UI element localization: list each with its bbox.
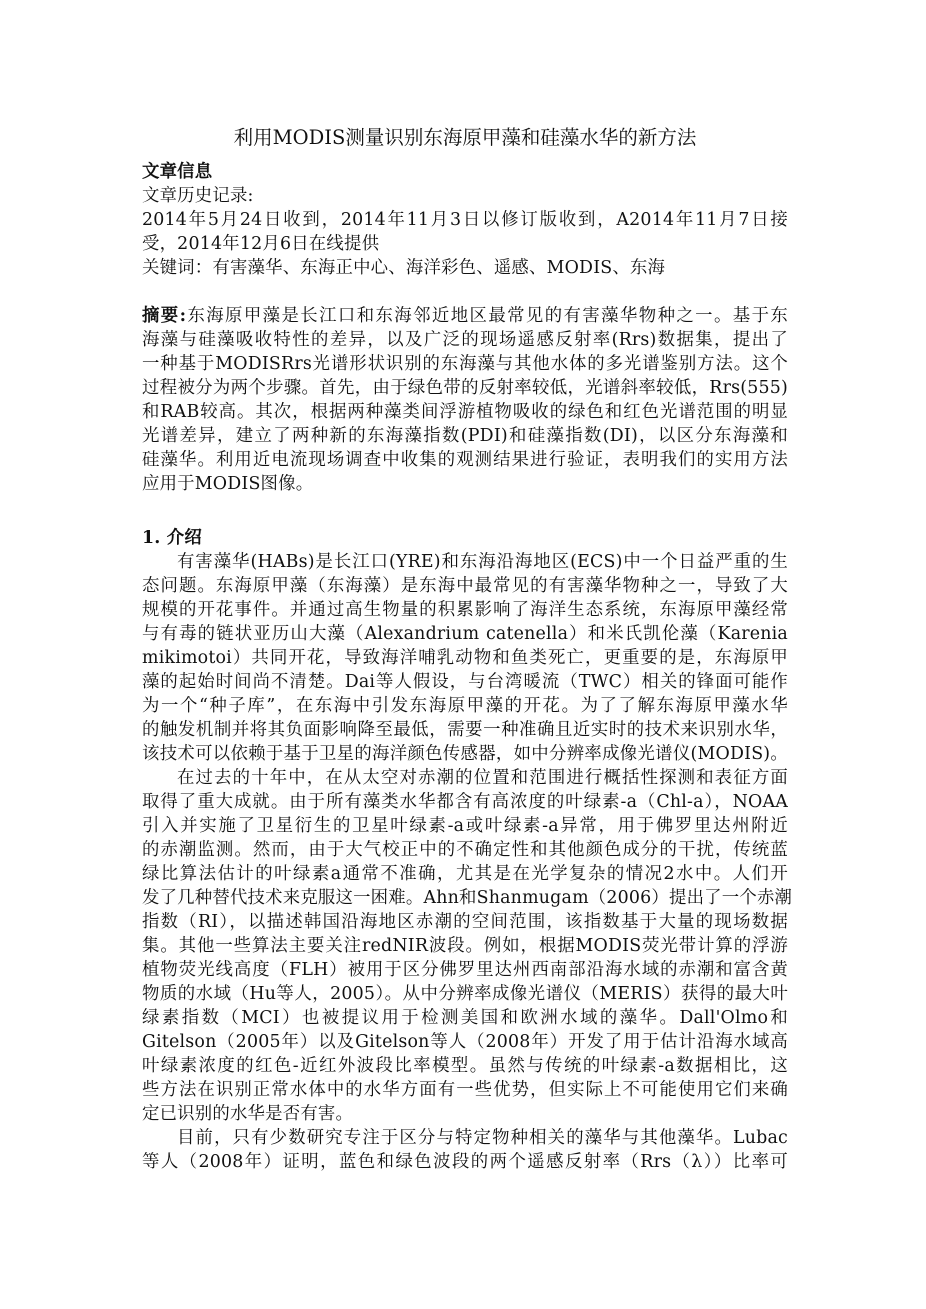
body-line: 叶绿素浓度的红色-近红外波段比率模型。虽然与传统的叶绿素-a数据相比，这 xyxy=(142,1054,788,1078)
body-line: 物质的水域（Hu等人，2005）。从中分辨率成像光谱仪（MERIS）获得的最大叶 xyxy=(142,982,788,1006)
body-line: 指数（RI），以描述韩国沿海地区赤潮的空间范围，该指数基于大量的现场数据 xyxy=(142,910,788,934)
section-heading: 1. 介绍 xyxy=(142,526,202,550)
body-line: 发了几种替代技术来克服这一困难。Ahn和Shanmugam（2006）提出了一个… xyxy=(142,886,788,910)
body-line: 为一个“种子库”，在东海中引发东海原甲藻的开花。为了了解东海原甲藻水华 xyxy=(142,694,788,718)
body-line: 取得了重大成就。由于所有藻类水华都含有高浓度的叶绿素-a（Chl-a），NOAA xyxy=(142,790,788,814)
body-line: 与有毒的链状亚历山大藻（Alexandrium catenella）和米氏凯伦藻… xyxy=(142,622,788,646)
body-line: 集。其他一些算法主要关注redNIR波段。例如，根据MODIS荧光带计算的浮游 xyxy=(142,934,788,958)
body-line: 态问题。东海原甲藻（东海藻）是东海中最常见的有害藻华物种之一，导致了大 xyxy=(142,574,788,598)
body-line: 规模的开花事件。并通过高生物量的积累影响了海洋生态系统，东海原甲藻经常 xyxy=(142,598,788,622)
abstract-line: 和RAB较高。其次，根据两种藻类间浮游植物吸收的绿色和红色光谱范围的明显 xyxy=(142,400,788,424)
body-line: 绿素指数（MCI）也被提议用于检测美国和欧洲水域的藻华。Dall'Olmo和 xyxy=(142,1006,788,1030)
abstract-line: 应用于MODIS图像。 xyxy=(142,472,313,496)
article-info-heading: 文章信息 xyxy=(142,160,212,184)
body-line: mikimotoi）共同开花，导致海洋哺乳动物和鱼类死亡，更重要的是，东海原甲 xyxy=(142,646,788,670)
abstract-label: 摘要: xyxy=(142,306,186,326)
body-line: 引入并实施了卫星衍生的卫星叶绿素-a或叶绿素-a异常，用于佛罗里达州附近 xyxy=(142,814,788,838)
body-line: 绿比算法估计的叶绿素a通常不准确，尤其是在光学复杂的情况2水中。人们开 xyxy=(142,862,788,886)
history-line: 2014年5月24日收到，2014年11月3日以修订版收到，A2014年11月7… xyxy=(142,208,788,232)
body-line: 的赤潮监测。然而，由于大气校正中的不确定性和其他颜色成分的干扰，传统蓝 xyxy=(142,838,788,862)
abstract-line: 光谱差异，建立了两种新的东海藻指数(PDI)和硅藻指数(DI)，以区分东海藻和 xyxy=(142,424,788,448)
history-label: 文章历史记录: xyxy=(142,184,254,208)
abstract-line: 硅藻华。利用近电流现场调查中收集的观测结果进行验证，表明我们的实用方法 xyxy=(142,448,788,472)
body-line: 在过去的十年中，在从太空对赤潮的位置和范围进行概括性探测和表征方面 xyxy=(142,766,788,790)
body-line: Gitelson（2005年）以及Gitelson等人（2008年）开发了用于估… xyxy=(142,1030,788,1054)
abstract-line: 一种基于MODISRrs光谱形状识别的东海藻与其他水体的多光谱鉴别方法。这个 xyxy=(142,352,788,376)
body-line: 定已识别的水华是否有害。 xyxy=(142,1102,353,1126)
abstract-line: 海藻与硅藻吸收特性的差异，以及广泛的现场遥感反射率(Rrs)数据集，提出了 xyxy=(142,328,788,352)
body-line: 有害藻华(HABs)是长江口(YRE)和东海沿海地区(ECS)中一个日益严重的生 xyxy=(142,550,788,574)
abstract-line: 过程被分为两个步骤。首先，由于绿色带的反射率较低，光谱斜率较低，Rrs(555) xyxy=(142,376,788,400)
abstract-line: 摘要:东海原甲藻是长江口和东海邻近地区最常见的有害藻华物种之一。基于东 xyxy=(142,304,788,328)
body-line: 植物荧光线高度（FLH）被用于区分佛罗里达州西南部沿海水域的赤潮和富含黄 xyxy=(142,958,788,982)
body-line: 等人（2008年）证明，蓝色和绿色波段的两个遥感反射率（Rrs（λ））比率可 xyxy=(142,1150,788,1174)
paper-title: 利用MODIS测量识别东海原甲藻和硅藻水华的新方法 xyxy=(142,124,788,152)
body-line: 的触发机制并将其负面影响降至最低，需要一种准确且近实时的技术来识别水华， xyxy=(142,718,788,742)
body-line: 该技术可以依赖于基于卫星的海洋颜色传感器，如中分辨率成像光谱仪(MODIS)。 xyxy=(142,742,788,766)
body-line: 些方法在识别正常水体中的水华方面有一些优势，但实际上不可能使用它们来确 xyxy=(142,1078,788,1102)
body-line: 藻的起始时间尚不清楚。Dai等人假设，与台湾暖流（TWC）相关的锋面可能作 xyxy=(142,670,788,694)
keywords: 关键词：有害藻华、东海正中心、海洋彩色、遥感、MODIS、东海 xyxy=(142,256,665,280)
history-line: 受，2014年12月6日在线提供 xyxy=(142,232,379,256)
body-line: 目前，只有少数研究专注于区分与特定物种相关的藻华与其他藻华。Lubac xyxy=(142,1126,788,1150)
